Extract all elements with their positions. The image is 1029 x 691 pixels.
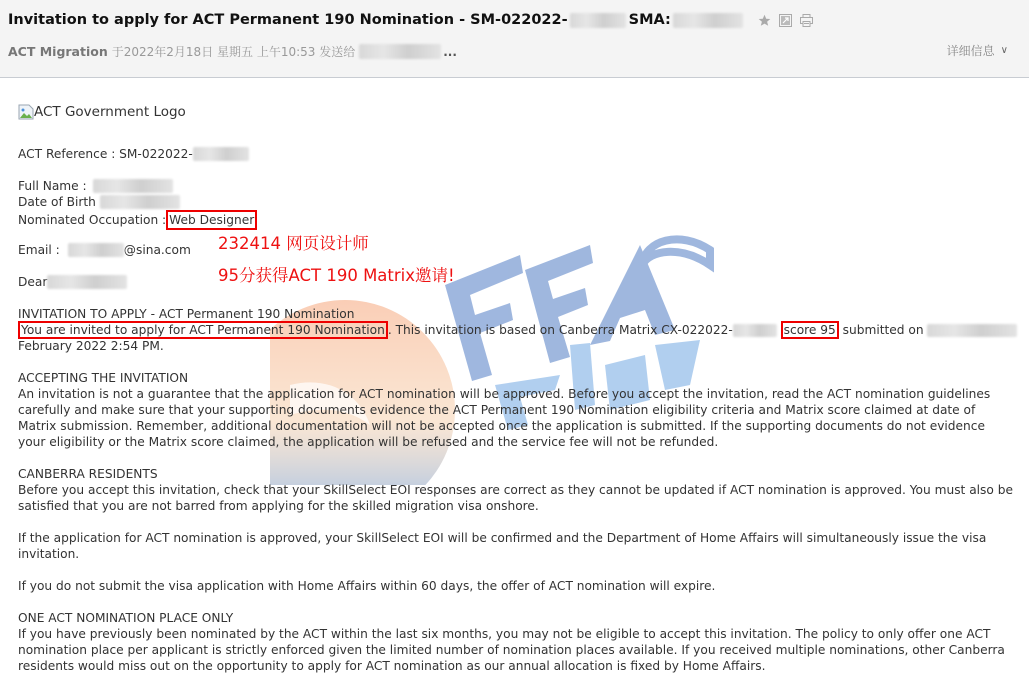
broken-image-icon bbox=[18, 104, 34, 120]
accepting-body: An invitation is not a guarantee that th… bbox=[18, 386, 1013, 450]
redacted-recipient bbox=[359, 44, 441, 59]
submitted-text: submitted on bbox=[843, 323, 924, 337]
dob-row: Date of Birth bbox=[18, 194, 180, 210]
expire-body: If you do not submit the visa applicatio… bbox=[18, 578, 1013, 594]
logo-image: ACT Government Logo bbox=[18, 104, 186, 120]
dear-row: Dear bbox=[18, 274, 127, 290]
sender-name[interactable]: ACT Migration bbox=[8, 44, 108, 59]
email-subject: Invitation to apply for ACT Permanent 19… bbox=[8, 12, 813, 28]
approved-section: If the application for ACT nomination is… bbox=[18, 530, 1013, 562]
accepting-heading: ACCEPTING THE INVITATION bbox=[18, 370, 1013, 386]
email-label: Email : bbox=[18, 242, 60, 258]
redacted-dob bbox=[100, 195, 180, 209]
email-domain[interactable]: @sina.com bbox=[124, 242, 191, 258]
redacted-name bbox=[93, 179, 173, 193]
logo-alt-text: ACT Government Logo bbox=[34, 104, 186, 120]
star-icon[interactable] bbox=[758, 14, 771, 27]
annotation-score: 95分获得ACT 190 Matrix邀请! bbox=[218, 268, 455, 284]
one-place-body: If you have previously been nominated by… bbox=[18, 626, 1013, 674]
redacted-reference bbox=[193, 147, 249, 161]
details-label: 详细信息 bbox=[947, 42, 995, 59]
annotation-occupation-code: 232414 网页设计师 bbox=[218, 236, 369, 252]
dob-label: Date of Birth bbox=[18, 194, 96, 210]
canberra-body: Before you accept this invitation, check… bbox=[18, 482, 1013, 514]
print-icon[interactable] bbox=[800, 14, 813, 27]
occupation-row: Nominated Occupation : Web Designer bbox=[18, 210, 257, 230]
dear-label: Dear bbox=[18, 274, 47, 290]
reference-label: ACT Reference : SM-022022- bbox=[18, 146, 193, 162]
redacted-email-user bbox=[68, 243, 124, 257]
invitation-section: INVITATION TO APPLY - ACT Permanent 190 … bbox=[18, 306, 1013, 354]
subject-text: Invitation to apply for ACT Permanent 19… bbox=[8, 12, 568, 28]
invited-sentence: You are invited to apply for ACT Permane… bbox=[18, 321, 388, 339]
one-place-section: ONE ACT NOMINATION PLACE ONLY If you hav… bbox=[18, 610, 1013, 674]
email-header: Invitation to apply for ACT Permanent 19… bbox=[0, 0, 1029, 78]
redacted-submitted-date bbox=[927, 324, 1017, 337]
basis-text: . This invitation is based on Canberra M… bbox=[388, 323, 733, 337]
details-toggle[interactable]: 详细信息 ∨ bbox=[947, 42, 1008, 59]
accepting-section: ACCEPTING THE INVITATION An invitation i… bbox=[18, 370, 1013, 450]
submitted-time: February 2022 2:54 PM. bbox=[18, 338, 1013, 354]
recipient-ellipsis[interactable]: ... bbox=[443, 45, 457, 59]
subject-sma-label: SMA: bbox=[629, 12, 671, 28]
sender-line: ACT Migration 于2022年2月18日 星期五 上午10:53 发送… bbox=[8, 43, 457, 60]
sent-info: 于2022年2月18日 星期五 上午10:53 发送给 bbox=[112, 43, 355, 60]
canberra-section: CANBERRA RESIDENTS Before you accept thi… bbox=[18, 466, 1013, 514]
invitation-heading: INVITATION TO APPLY - ACT Permanent 190 … bbox=[18, 306, 1013, 322]
popout-icon[interactable] bbox=[779, 14, 792, 27]
email-row: Email : @sina.com bbox=[18, 242, 191, 258]
one-place-heading: ONE ACT NOMINATION PLACE ONLY bbox=[18, 610, 1013, 626]
full-name-row: Full Name : bbox=[18, 178, 173, 194]
expire-section: If you do not submit the visa applicatio… bbox=[18, 578, 1013, 594]
reference-row: ACT Reference : SM-022022- bbox=[18, 146, 249, 162]
chevron-double-down-icon: ∨ bbox=[1001, 45, 1008, 56]
occupation-label: Nominated Occupation : bbox=[18, 212, 166, 228]
canberra-heading: CANBERRA RESIDENTS bbox=[18, 466, 1013, 482]
redacted-id bbox=[570, 13, 626, 28]
approved-body: If the application for ACT nomination is… bbox=[18, 530, 1013, 562]
redacted-sma bbox=[673, 13, 743, 28]
redacted-dear-name bbox=[47, 275, 127, 289]
occupation-value: Web Designer bbox=[166, 210, 257, 230]
score-value: score 95 bbox=[781, 321, 839, 339]
redacted-matrix-id bbox=[733, 324, 777, 337]
full-name-label: Full Name : bbox=[18, 178, 87, 194]
